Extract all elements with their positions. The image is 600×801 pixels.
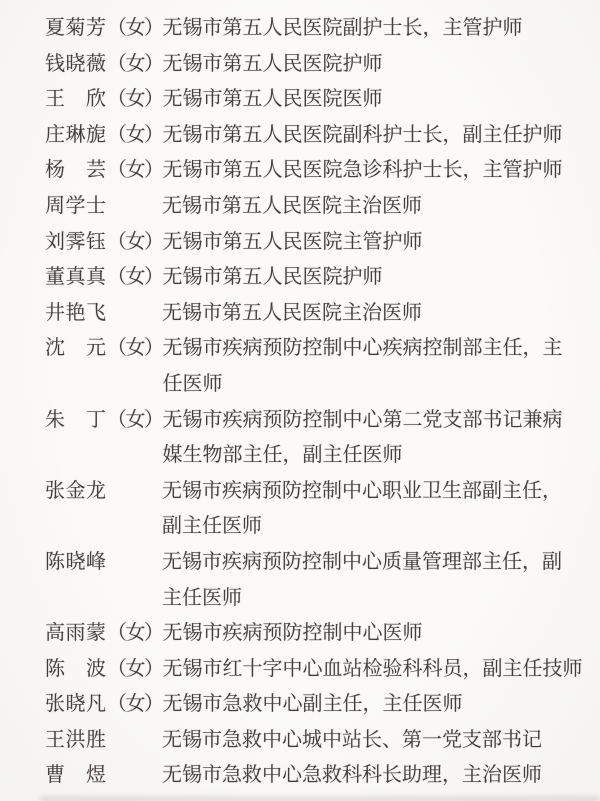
person-position: 无锡市疾病预防控制中心第二党支部书记兼病媒生物部主任，副主任医师 <box>163 403 563 474</box>
person-name: 王洪胜 <box>45 723 107 759</box>
list-item: 张晓凡 （女） 无锡市急救中心副主任，主任医师 <box>45 687 585 723</box>
position-line: 无锡市第五人民医院副护士长，主管护师 <box>163 11 523 47</box>
person-name: 庄琳旎 <box>45 118 107 154</box>
person-name: 王 欣 <box>45 82 107 118</box>
position-line: 无锡市疾病预防控制中心职业卫生部副主任， <box>162 474 562 510</box>
person-name: 张晓凡 <box>45 687 107 723</box>
list-item: 沈 元 （女） 无锡市疾病预防控制中心疾病控制部主任，主任医师 <box>45 331 585 402</box>
person-name: 董真真 <box>45 260 107 296</box>
position-line: 无锡市第五人民医院主治医师 <box>162 189 422 225</box>
person-name: 杨 芸 <box>45 153 107 189</box>
person-name: 沈 元 <box>45 331 107 367</box>
position-line: 无锡市急救中心急救科科长助理，主治医师 <box>162 758 542 794</box>
person-gender: （女） <box>107 153 163 189</box>
person-position: 无锡市疾病预防控制中心质量管理部主任，副主任医师 <box>162 545 562 616</box>
person-gender: （女） <box>107 687 163 723</box>
position-line: 无锡市急救中心城中站长、第一党支部书记 <box>162 723 542 759</box>
person-name: 高雨蒙 <box>45 616 107 652</box>
person-gender: （女） <box>107 260 163 296</box>
person-name: 陈 波 <box>45 652 107 688</box>
list-item: 陈 波 （女） 无锡市红十字中心血站检验科科员，副主任技师 <box>45 652 585 688</box>
person-position: 无锡市第五人民医院副护士长，主管护师 <box>163 11 523 47</box>
position-line: 无锡市第五人民医院主管护师 <box>163 225 423 261</box>
person-name: 夏菊芳 <box>45 11 107 47</box>
list-item: 周学士 无锡市第五人民医院主治医师 <box>45 189 585 225</box>
person-gender: （女） <box>107 11 163 47</box>
person-gender: （女） <box>107 652 163 688</box>
position-line: 无锡市疾病预防控制中心第二党支部书记兼病 <box>163 403 563 439</box>
list-item: 王洪胜 无锡市急救中心城中站长、第一党支部书记 <box>45 723 585 759</box>
position-line: 无锡市疾病预防控制中心医师 <box>163 616 423 652</box>
list-item: 杨 芸 （女） 无锡市第五人民医院急诊科护士长，主管护师 <box>45 153 585 189</box>
person-gender: （女） <box>107 118 163 154</box>
list-item: 高雨蒙 （女） 无锡市疾病预防控制中心医师 <box>45 616 585 652</box>
scan-artifact <box>40 796 600 801</box>
position-line: 无锡市疾病预防控制中心疾病控制部主任，主 <box>163 331 563 367</box>
person-position: 无锡市疾病预防控制中心职业卫生部副主任，副主任医师 <box>162 474 562 545</box>
document-page: 夏菊芳 （女） 无锡市第五人民医院副护士长，主管护师 钱晓薇 （女） 无锡市第五… <box>0 0 600 801</box>
position-line: 无锡市第五人民医院护师 <box>163 47 383 83</box>
person-name: 张金龙 <box>45 474 107 510</box>
position-line: 无锡市急救中心副主任，主任医师 <box>163 687 463 723</box>
position-line: 无锡市第五人民医院副科护士长，副主任护师 <box>163 118 563 154</box>
person-position: 无锡市第五人民医院护师 <box>163 260 383 296</box>
person-gender: （女） <box>107 225 163 261</box>
person-position: 无锡市急救中心急救科科长助理，主治医师 <box>162 758 542 794</box>
person-position: 无锡市第五人民医院医师 <box>163 82 383 118</box>
list-item: 陈晓峰 无锡市疾病预防控制中心质量管理部主任，副主任医师 <box>45 545 585 616</box>
person-name: 井艳飞 <box>45 296 107 332</box>
person-position: 无锡市第五人民医院急诊科护士长，主管护师 <box>163 153 563 189</box>
position-line: 无锡市第五人民医院急诊科护士长，主管护师 <box>163 153 563 189</box>
person-name: 刘霁钰 <box>45 225 107 261</box>
list-item: 庄琳旎 （女） 无锡市第五人民医院副科护士长，副主任护师 <box>45 118 585 154</box>
position-line: 无锡市第五人民医院主治医师 <box>162 296 422 332</box>
person-gender: （女） <box>107 82 163 118</box>
position-line: 无锡市红十字中心血站检验科科员，副主任技师 <box>163 652 583 688</box>
position-line: 无锡市第五人民医院护师 <box>163 260 383 296</box>
list-item: 张金龙 无锡市疾病预防控制中心职业卫生部副主任，副主任医师 <box>45 474 585 545</box>
list-item: 董真真 （女） 无锡市第五人民医院护师 <box>45 260 585 296</box>
person-position: 无锡市急救中心城中站长、第一党支部书记 <box>162 723 542 759</box>
person-position: 无锡市红十字中心血站检验科科员，副主任技师 <box>163 652 583 688</box>
person-position: 无锡市第五人民医院主治医师 <box>162 189 422 225</box>
person-gender: （女） <box>107 403 163 439</box>
person-position: 无锡市疾病预防控制中心医师 <box>163 616 423 652</box>
list-item: 朱 丁 （女） 无锡市疾病预防控制中心第二党支部书记兼病媒生物部主任，副主任医师 <box>45 403 585 474</box>
position-line: 主任医师 <box>162 581 562 617</box>
person-position: 无锡市急救中心副主任，主任医师 <box>163 687 463 723</box>
position-line: 媒生物部主任，副主任医师 <box>163 438 563 474</box>
person-position: 无锡市第五人民医院主管护师 <box>163 225 423 261</box>
list-item: 井艳飞 无锡市第五人民医院主治医师 <box>45 296 585 332</box>
person-name: 曹 煜 <box>45 758 107 794</box>
list-item: 刘霁钰 （女） 无锡市第五人民医院主管护师 <box>45 225 585 261</box>
person-name: 钱晓薇 <box>45 47 107 83</box>
position-line: 无锡市疾病预防控制中心质量管理部主任，副 <box>162 545 562 581</box>
person-position: 无锡市疾病预防控制中心疾病控制部主任，主任医师 <box>163 331 563 402</box>
position-line: 无锡市第五人民医院医师 <box>163 82 383 118</box>
person-gender: （女） <box>107 616 163 652</box>
person-name: 周学士 <box>45 189 107 225</box>
position-line: 副主任医师 <box>162 509 562 545</box>
person-position: 无锡市第五人民医院护师 <box>163 47 383 83</box>
list-item: 王 欣 （女） 无锡市第五人民医院医师 <box>45 82 585 118</box>
list-item: 曹 煜 无锡市急救中心急救科科长助理，主治医师 <box>45 758 585 794</box>
person-name: 朱 丁 <box>45 403 107 439</box>
list-item: 钱晓薇 （女） 无锡市第五人民医院护师 <box>45 47 585 83</box>
person-name: 陈晓峰 <box>45 545 107 581</box>
list-item: 夏菊芳 （女） 无锡市第五人民医院副护士长，主管护师 <box>45 11 585 47</box>
person-gender: （女） <box>107 331 163 367</box>
person-position: 无锡市第五人民医院主治医师 <box>162 296 422 332</box>
person-position: 无锡市第五人民医院副科护士长，副主任护师 <box>163 118 563 154</box>
person-list: 夏菊芳 （女） 无锡市第五人民医院副护士长，主管护师 钱晓薇 （女） 无锡市第五… <box>45 11 585 794</box>
position-line: 任医师 <box>163 367 563 403</box>
person-gender: （女） <box>107 47 163 83</box>
